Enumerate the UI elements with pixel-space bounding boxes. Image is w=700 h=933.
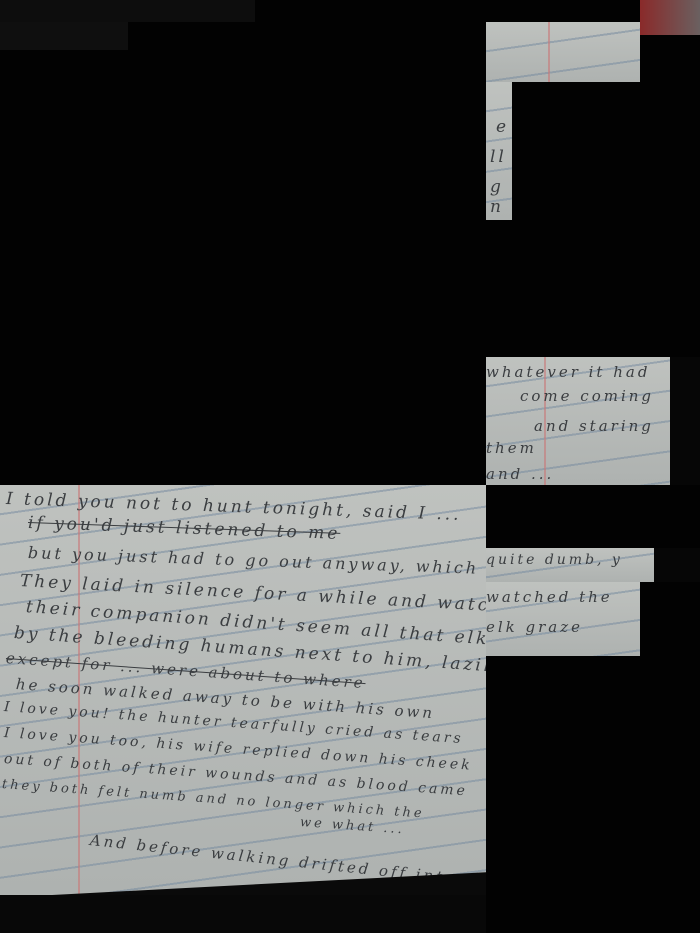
handwriting-line: them	[486, 439, 537, 457]
handwriting-line: come coming	[520, 387, 654, 405]
handwriting-line: and ...	[486, 465, 554, 483]
handwriting-line: whatever it had	[486, 363, 650, 381]
handwriting-line: watched the	[486, 588, 613, 606]
paper-fragment-middle-right: whatever it had come coming and staring …	[486, 357, 670, 485]
handwriting-line: n	[490, 197, 504, 217]
paper-fragment-lower-right-2: watched the elk graze	[486, 582, 640, 656]
dark-edge	[654, 548, 700, 582]
handwriting-line: elk graze	[486, 618, 583, 636]
handwriting-line: g	[490, 177, 504, 197]
dark-edge	[670, 357, 700, 485]
photo-corner-object	[640, 0, 700, 35]
margin-line	[548, 22, 550, 82]
handwriting-line: e	[496, 117, 509, 137]
dark-background-top	[0, 0, 255, 22]
paper-fragment-lower-right: quite dumb, y	[486, 548, 654, 582]
paper-fragment-upper-right	[486, 22, 640, 82]
handwriting-line: ll	[490, 147, 507, 167]
dark-bottom	[0, 895, 486, 933]
dark-background-left	[0, 22, 128, 50]
paper-fragment-left-strip: e ll g n	[486, 82, 512, 220]
handwriting-line: and staring	[534, 417, 654, 435]
handwriting-line: quite dumb, y	[486, 552, 623, 568]
table-shadow	[0, 872, 486, 895]
paper-main: I told you not to hunt tonight, said I .…	[0, 485, 486, 895]
